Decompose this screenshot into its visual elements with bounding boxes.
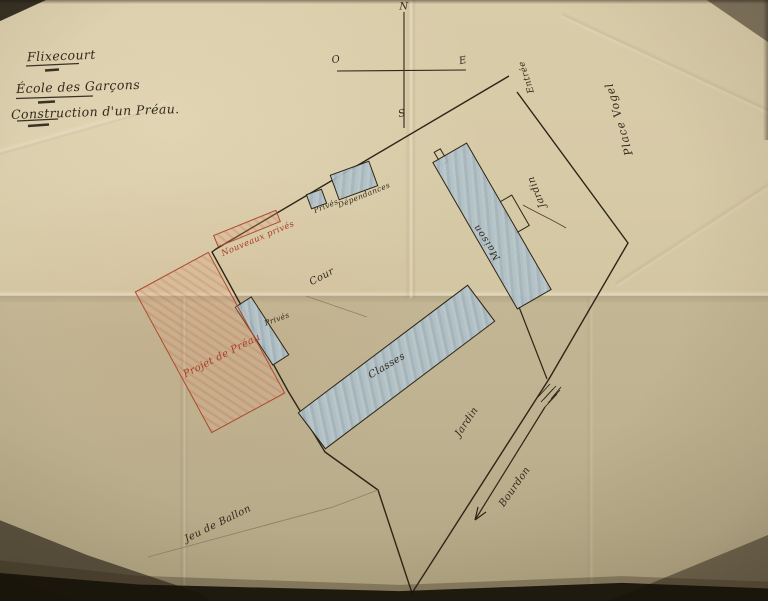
arrow-fletching <box>538 384 561 407</box>
archival-site-plan-photo: Flixecourt École des Garçons Constructio… <box>0 0 768 601</box>
compass-east-label: E <box>458 55 468 67</box>
compass-west-label: O <box>331 54 341 66</box>
court-garden-division-line <box>519 307 547 379</box>
jeu-de-ballon-sketch-line <box>148 490 378 557</box>
title-line-commune: Flixecourt <box>27 47 96 64</box>
bourdon-arrow <box>475 384 561 520</box>
compass-north-label: N <box>399 2 408 13</box>
cour-flourish-line <box>306 296 367 317</box>
